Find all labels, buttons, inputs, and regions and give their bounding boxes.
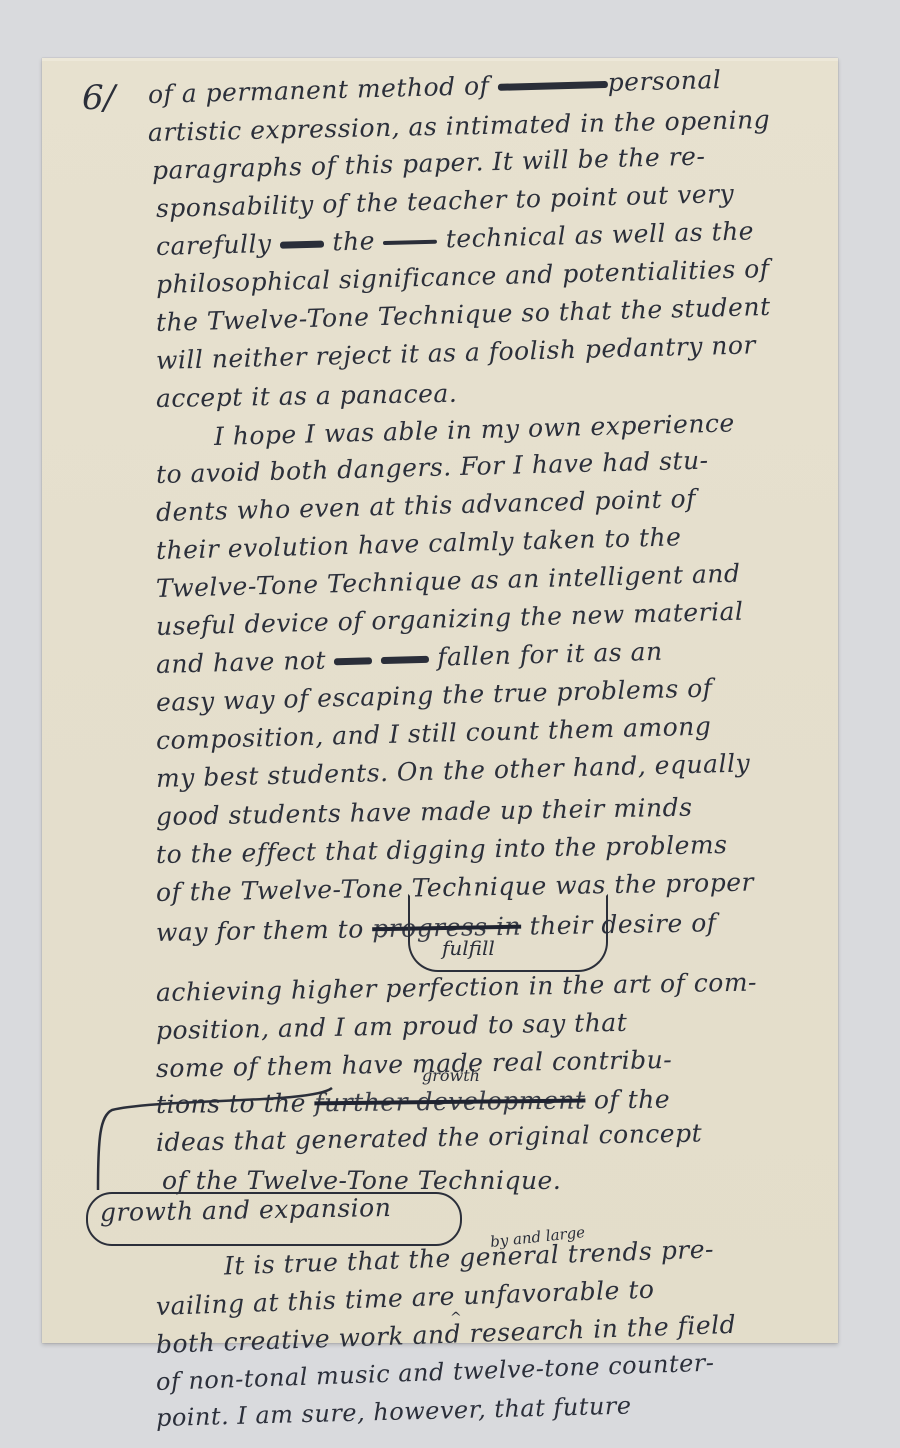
margin-note: growth and expansion [100,1193,392,1227]
connector-lines [42,58,838,1343]
line-34: point. I am sure, however, that future [156,1392,632,1432]
manuscript-page: 6/ of a permanent method of personal art… [42,58,838,1343]
